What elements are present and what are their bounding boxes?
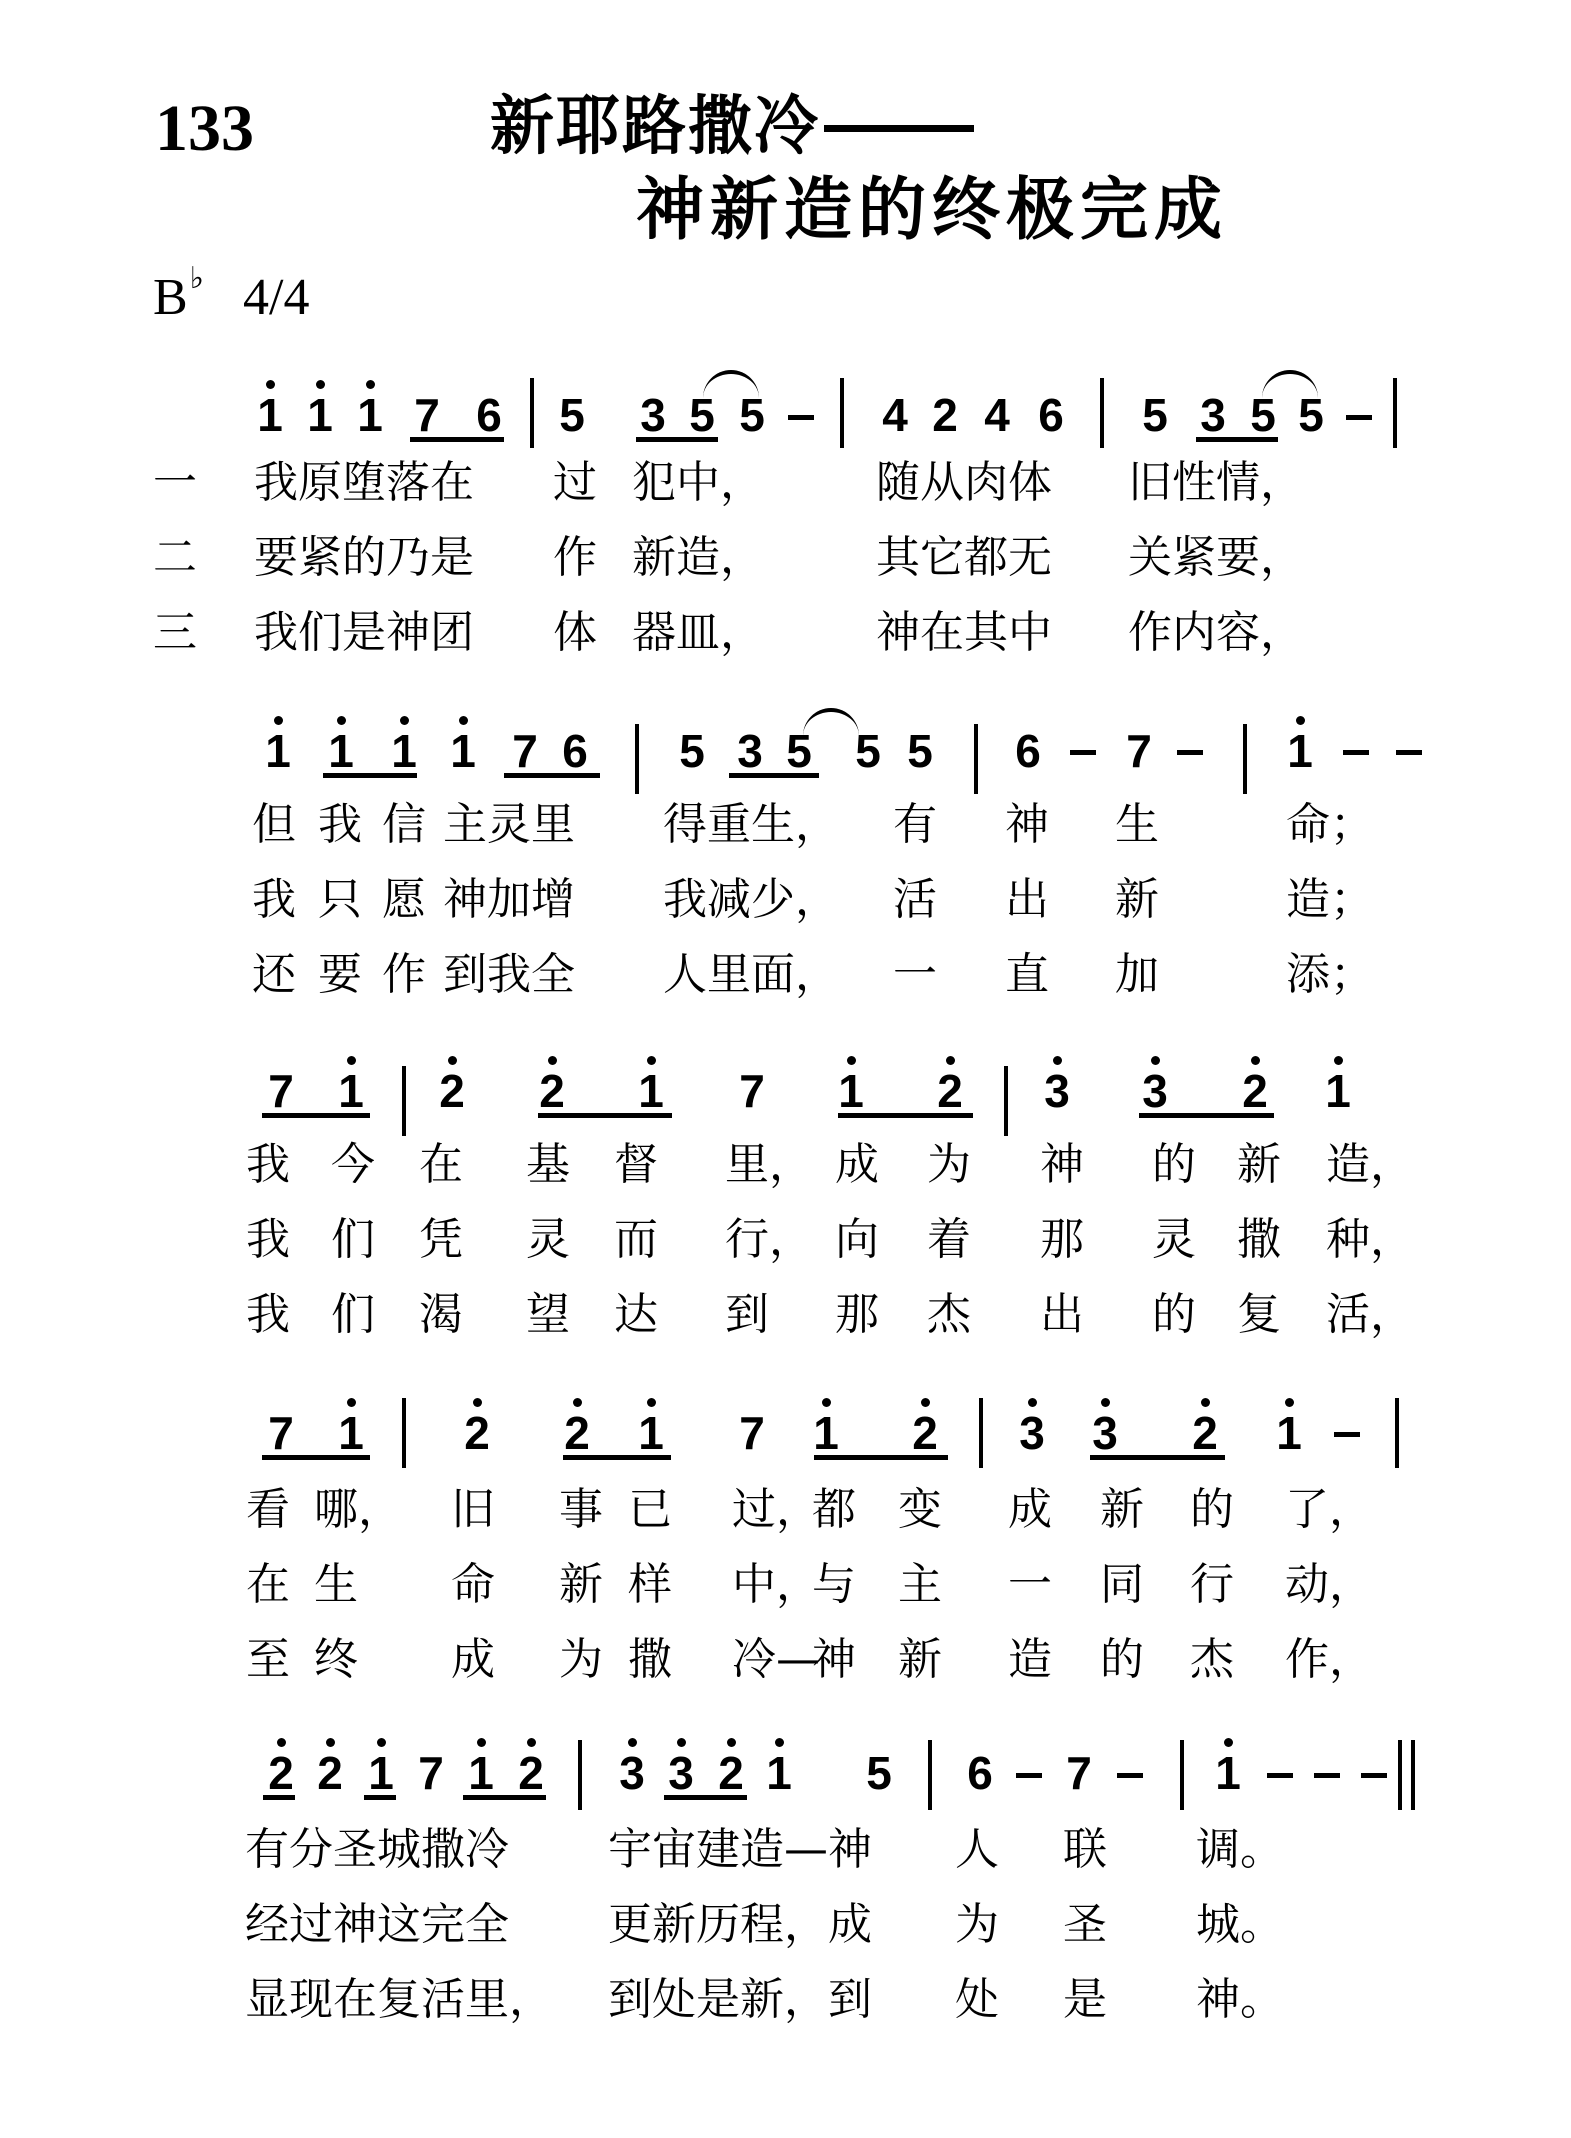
note: 4 bbox=[982, 392, 1012, 438]
lyric: 显现在复活里， bbox=[245, 1975, 553, 2025]
lyric: 们 bbox=[331, 1215, 375, 1265]
bar-line bbox=[635, 724, 639, 794]
lyric: 神加增 bbox=[443, 875, 575, 925]
lyric: 的 bbox=[1190, 1485, 1234, 1535]
key-letter: B bbox=[153, 269, 188, 326]
final-bar-line bbox=[1398, 1740, 1402, 1810]
lyric: 神在其中 bbox=[876, 608, 1052, 658]
lyric: 活 bbox=[893, 875, 937, 925]
flat-icon: ♭ bbox=[190, 262, 204, 295]
lyric: 同 bbox=[1100, 1560, 1144, 1610]
note: 5 bbox=[864, 1750, 894, 1796]
note: 2 bbox=[562, 1410, 592, 1456]
lyric: 已 bbox=[628, 1485, 672, 1535]
lyric: 随从肉体 bbox=[876, 458, 1052, 508]
lyric: 成 bbox=[835, 1140, 879, 1190]
lyric: 终 bbox=[314, 1635, 358, 1685]
lyric: 灵 bbox=[526, 1215, 570, 1265]
lyric: 种， bbox=[1326, 1215, 1414, 1265]
note: 2 bbox=[315, 1750, 345, 1796]
note: 5 bbox=[905, 728, 935, 774]
note: 7 bbox=[1124, 728, 1154, 774]
underline bbox=[1090, 1455, 1225, 1460]
lyric: 新 bbox=[1237, 1140, 1281, 1190]
underline bbox=[364, 1795, 396, 1800]
lyric: 造 bbox=[1008, 1635, 1052, 1685]
note: 2 bbox=[516, 1750, 546, 1796]
lyric: 的 bbox=[1152, 1290, 1196, 1340]
note: 2 bbox=[437, 1068, 467, 1114]
note: 1 bbox=[263, 728, 293, 774]
underline bbox=[262, 1455, 370, 1460]
bar-line bbox=[928, 1740, 932, 1810]
lyric: 还 bbox=[252, 950, 296, 1000]
lyric: 我 bbox=[246, 1290, 290, 1340]
lyric: 杰 bbox=[927, 1290, 971, 1340]
lyric: 关紧要， bbox=[1128, 533, 1304, 583]
lyric: 生 bbox=[314, 1560, 358, 1610]
lyric: 灵 bbox=[1152, 1215, 1196, 1265]
dash bbox=[1334, 1432, 1360, 1437]
note: 1 bbox=[764, 1750, 794, 1796]
underline bbox=[838, 1113, 973, 1118]
underline bbox=[814, 1455, 948, 1460]
note: 3 bbox=[735, 728, 765, 774]
lyric: 得重生， bbox=[663, 800, 839, 850]
final-bar-line bbox=[1411, 1740, 1415, 1810]
lyric: 行， bbox=[725, 1215, 813, 1265]
note: 1 bbox=[466, 1750, 496, 1796]
lyric: 作 bbox=[553, 533, 597, 583]
note: 1 bbox=[811, 1410, 841, 1456]
time-signature: 4/4 bbox=[243, 272, 309, 324]
lyric: 渴 bbox=[419, 1290, 463, 1340]
dash bbox=[1396, 750, 1422, 755]
tie bbox=[803, 708, 859, 736]
lyric: 向 bbox=[835, 1215, 879, 1265]
note: 7 bbox=[416, 1750, 446, 1796]
verse-number: 一 bbox=[153, 458, 197, 508]
lyric: 犯中， bbox=[632, 458, 764, 508]
note: 1 bbox=[366, 1750, 396, 1796]
lyric: 旧 bbox=[451, 1485, 495, 1535]
lyric: 复 bbox=[1237, 1290, 1281, 1340]
lyric: 主 bbox=[898, 1560, 942, 1610]
lyric: 愿 bbox=[382, 875, 426, 925]
lyric: 调。 bbox=[1196, 1825, 1284, 1875]
lyric: 我 bbox=[252, 875, 296, 925]
lyric: 新造， bbox=[632, 533, 764, 583]
lyric: 添； bbox=[1286, 950, 1374, 1000]
lyric: 我 bbox=[246, 1140, 290, 1190]
note: 2 bbox=[930, 392, 960, 438]
lyric: 神 bbox=[1005, 800, 1049, 850]
lyric: 我 bbox=[246, 1215, 290, 1265]
note: 6 bbox=[1013, 728, 1043, 774]
underline bbox=[538, 1113, 672, 1118]
lyric: 为 bbox=[955, 1900, 999, 1950]
lyric: 作内容， bbox=[1128, 608, 1304, 658]
dash bbox=[1177, 750, 1203, 755]
note: 2 bbox=[1240, 1068, 1270, 1114]
note: 1 bbox=[636, 1410, 666, 1456]
lyric: 我减少， bbox=[663, 875, 839, 925]
note: 5 bbox=[1248, 392, 1278, 438]
lyric: 要 bbox=[318, 950, 362, 1000]
lyric: 着 bbox=[927, 1215, 971, 1265]
note: 1 bbox=[1323, 1068, 1353, 1114]
lyric: 其它都无 bbox=[876, 533, 1052, 583]
lyric: 至 bbox=[246, 1635, 290, 1685]
dash bbox=[1117, 1773, 1143, 1778]
lyric: 望 bbox=[526, 1290, 570, 1340]
note: 1 bbox=[389, 728, 419, 774]
lyric: 到 bbox=[725, 1290, 769, 1340]
title-text: 新耶路撒冷 bbox=[490, 89, 820, 164]
lyric: 那 bbox=[1040, 1215, 1084, 1265]
lyric: 出 bbox=[1040, 1290, 1084, 1340]
note: 2 bbox=[537, 1068, 567, 1114]
lyric: 要紧的乃是 bbox=[254, 533, 474, 583]
note: 3 bbox=[638, 392, 668, 438]
lyric: 更新历程，成 bbox=[608, 1900, 872, 1950]
lyric: 人 bbox=[955, 1825, 999, 1875]
lyric: 的 bbox=[1100, 1635, 1144, 1685]
bar-line bbox=[578, 1740, 582, 1810]
lyric: 联 bbox=[1063, 1825, 1107, 1875]
note: 1 bbox=[448, 728, 478, 774]
dash bbox=[1343, 750, 1369, 755]
note: 1 bbox=[336, 1410, 366, 1456]
lyric: 新 bbox=[559, 1560, 603, 1610]
bar-line bbox=[1395, 1398, 1399, 1468]
note: 1 bbox=[1285, 728, 1315, 774]
note: 3 bbox=[1198, 392, 1228, 438]
lyric: 经过神这完全 bbox=[245, 1900, 509, 1950]
lyric: 到处是新，到 bbox=[608, 1975, 872, 2025]
underline bbox=[729, 773, 819, 778]
note: 1 bbox=[636, 1068, 666, 1114]
lyric: 造， bbox=[1326, 1140, 1414, 1190]
dash bbox=[1267, 1773, 1293, 1778]
note: 7 bbox=[737, 1410, 767, 1456]
lyric: 哪， bbox=[314, 1485, 402, 1535]
note: 7 bbox=[266, 1068, 296, 1114]
lyric: 新 bbox=[1100, 1485, 1144, 1535]
note: 4 bbox=[880, 392, 910, 438]
lyric: 督 bbox=[614, 1140, 658, 1190]
lyric: 在 bbox=[246, 1560, 290, 1610]
bar-line bbox=[1393, 378, 1397, 448]
note: 3 bbox=[1042, 1068, 1072, 1114]
note: 3 bbox=[617, 1750, 647, 1796]
note: 3 bbox=[1090, 1410, 1120, 1456]
note: 7 bbox=[510, 728, 540, 774]
bar-line bbox=[402, 1398, 406, 1468]
lyric: 冷— bbox=[732, 1635, 820, 1685]
note: 3 bbox=[1017, 1410, 1047, 1456]
dash bbox=[1314, 1773, 1340, 1778]
note: 1 bbox=[836, 1068, 866, 1114]
underline bbox=[463, 1795, 546, 1800]
lyric: 达 bbox=[614, 1290, 658, 1340]
lyric: 基 bbox=[526, 1140, 570, 1190]
note: 7 bbox=[737, 1068, 767, 1114]
key-signature: B♭ bbox=[153, 272, 202, 331]
lyric: 一 bbox=[1008, 1560, 1052, 1610]
underline bbox=[563, 1455, 671, 1460]
lyric: 生 bbox=[1115, 800, 1159, 850]
note: 5 bbox=[737, 392, 767, 438]
lyric: 体 bbox=[553, 608, 597, 658]
lyric: 神。 bbox=[1196, 1975, 1284, 2025]
bar-line bbox=[402, 1066, 406, 1136]
underline bbox=[636, 437, 718, 442]
lyric: 中， bbox=[732, 1560, 820, 1610]
lyric: 都 bbox=[812, 1485, 856, 1535]
title-line-1: 新耶路撒冷 bbox=[490, 92, 974, 162]
lyric: 命 bbox=[451, 1560, 495, 1610]
lyric: 今 bbox=[331, 1140, 375, 1190]
dash bbox=[1070, 750, 1096, 755]
lyric: 直 bbox=[1005, 950, 1049, 1000]
lyric: 动， bbox=[1285, 1560, 1373, 1610]
note: 2 bbox=[910, 1410, 940, 1456]
underline bbox=[1139, 1113, 1274, 1118]
lyric: 凭 bbox=[419, 1215, 463, 1265]
lyric: 成 bbox=[451, 1635, 495, 1685]
note: 6 bbox=[474, 392, 504, 438]
lyric: 出 bbox=[1005, 875, 1049, 925]
underline bbox=[1196, 437, 1278, 442]
lyric: 变 bbox=[898, 1485, 942, 1535]
title-dash bbox=[824, 125, 974, 132]
lyric: 新 bbox=[1115, 875, 1159, 925]
note: 3 bbox=[666, 1750, 696, 1796]
lyric: 处 bbox=[955, 1975, 999, 2025]
dash bbox=[1361, 1773, 1387, 1778]
lyric: 是 bbox=[1063, 1975, 1107, 2025]
note: 2 bbox=[266, 1750, 296, 1796]
note: 7 bbox=[1064, 1750, 1094, 1796]
note: 2 bbox=[1190, 1410, 1220, 1456]
lyric: 在 bbox=[419, 1140, 463, 1190]
note: 5 bbox=[1140, 392, 1170, 438]
lyric: 圣 bbox=[1063, 1900, 1107, 1950]
lyric: 加 bbox=[1115, 950, 1159, 1000]
lyric: 神 bbox=[1040, 1140, 1084, 1190]
lyric: 一 bbox=[893, 950, 937, 1000]
note: 7 bbox=[412, 392, 442, 438]
dash bbox=[788, 415, 814, 420]
lyric: 城。 bbox=[1196, 1900, 1284, 1950]
bar-line bbox=[974, 724, 978, 794]
note: 1 bbox=[305, 392, 335, 438]
verse-number: 二 bbox=[153, 533, 197, 583]
lyric: 只 bbox=[318, 875, 362, 925]
underline bbox=[262, 1113, 370, 1118]
lyric: 我们是神团 bbox=[254, 608, 474, 658]
note: 7 bbox=[266, 1410, 296, 1456]
note: 1 bbox=[336, 1068, 366, 1114]
note: 5 bbox=[1296, 392, 1326, 438]
lyric: 作， bbox=[1285, 1635, 1373, 1685]
bar-line bbox=[1004, 1066, 1008, 1136]
subtitle: 神新造的终极完成 bbox=[636, 172, 1228, 248]
lyric: 造； bbox=[1286, 875, 1374, 925]
underline bbox=[664, 1795, 747, 1800]
lyric: 撒 bbox=[628, 1635, 672, 1685]
bar-line bbox=[1100, 378, 1104, 448]
lyric: 事 bbox=[559, 1485, 603, 1535]
verse-number: 三 bbox=[153, 608, 197, 658]
bar-line bbox=[840, 378, 844, 448]
note: 5 bbox=[557, 392, 587, 438]
note: 1 bbox=[355, 392, 385, 438]
underline bbox=[410, 437, 504, 442]
lyric: 新 bbox=[898, 1635, 942, 1685]
lyric: 我 bbox=[318, 800, 362, 850]
lyric: 人里面， bbox=[663, 950, 839, 1000]
lyric: 命； bbox=[1286, 800, 1374, 850]
lyric: 看 bbox=[246, 1485, 290, 1535]
note: 1 bbox=[1213, 1750, 1243, 1796]
lyric: 信 bbox=[382, 800, 426, 850]
lyric: 过 bbox=[553, 458, 597, 508]
lyric: 里， bbox=[725, 1140, 813, 1190]
lyric: 那 bbox=[835, 1290, 879, 1340]
bar-line bbox=[530, 378, 534, 448]
dash bbox=[1346, 415, 1372, 420]
note: 1 bbox=[255, 392, 285, 438]
lyric: 有 bbox=[893, 800, 937, 850]
note: 6 bbox=[560, 728, 590, 774]
lyric: 杰 bbox=[1190, 1635, 1234, 1685]
lyric: 与 bbox=[812, 1560, 856, 1610]
bar-line bbox=[1180, 1740, 1184, 1810]
lyric: 了， bbox=[1285, 1485, 1373, 1535]
lyric: 行 bbox=[1190, 1560, 1234, 1610]
note: 1 bbox=[326, 728, 356, 774]
underline bbox=[504, 773, 600, 778]
underline bbox=[263, 1795, 295, 1800]
lyric: 而 bbox=[614, 1215, 658, 1265]
note: 2 bbox=[462, 1410, 492, 1456]
note: 5 bbox=[677, 728, 707, 774]
note: 2 bbox=[935, 1068, 965, 1114]
lyric: 但 bbox=[252, 800, 296, 850]
note: 2 bbox=[716, 1750, 746, 1796]
lyric: 成 bbox=[1008, 1485, 1052, 1535]
lyric: 撒 bbox=[1237, 1215, 1281, 1265]
lyric: 神 bbox=[812, 1635, 856, 1685]
lyric: 过， bbox=[732, 1485, 820, 1535]
lyric: 为 bbox=[559, 1635, 603, 1685]
lyric: 主灵里 bbox=[443, 800, 575, 850]
bar-line bbox=[1243, 724, 1247, 794]
lyric: 活， bbox=[1326, 1290, 1414, 1340]
note: 1 bbox=[1274, 1410, 1304, 1456]
lyric: 器皿， bbox=[632, 608, 764, 658]
lyric: 有分圣城撒冷 bbox=[245, 1825, 509, 1875]
lyric: 我原堕落在 bbox=[254, 458, 474, 508]
note: 6 bbox=[965, 1750, 995, 1796]
underline bbox=[323, 773, 417, 778]
lyric: 作 bbox=[382, 950, 426, 1000]
lyric: 们 bbox=[331, 1290, 375, 1340]
lyric: 宇宙建造—神 bbox=[608, 1825, 872, 1875]
dash bbox=[1016, 1773, 1042, 1778]
lyric: 样 bbox=[628, 1560, 672, 1610]
lyric: 旧性情， bbox=[1128, 458, 1304, 508]
lyric: 为 bbox=[927, 1140, 971, 1190]
lyric: 的 bbox=[1152, 1140, 1196, 1190]
note: 3 bbox=[1140, 1068, 1170, 1114]
note: 6 bbox=[1036, 392, 1066, 438]
note: 5 bbox=[687, 392, 717, 438]
note: 5 bbox=[853, 728, 883, 774]
lyric: 到我全 bbox=[443, 950, 575, 1000]
hymn-number: 133 bbox=[155, 96, 254, 162]
bar-line bbox=[979, 1398, 983, 1468]
